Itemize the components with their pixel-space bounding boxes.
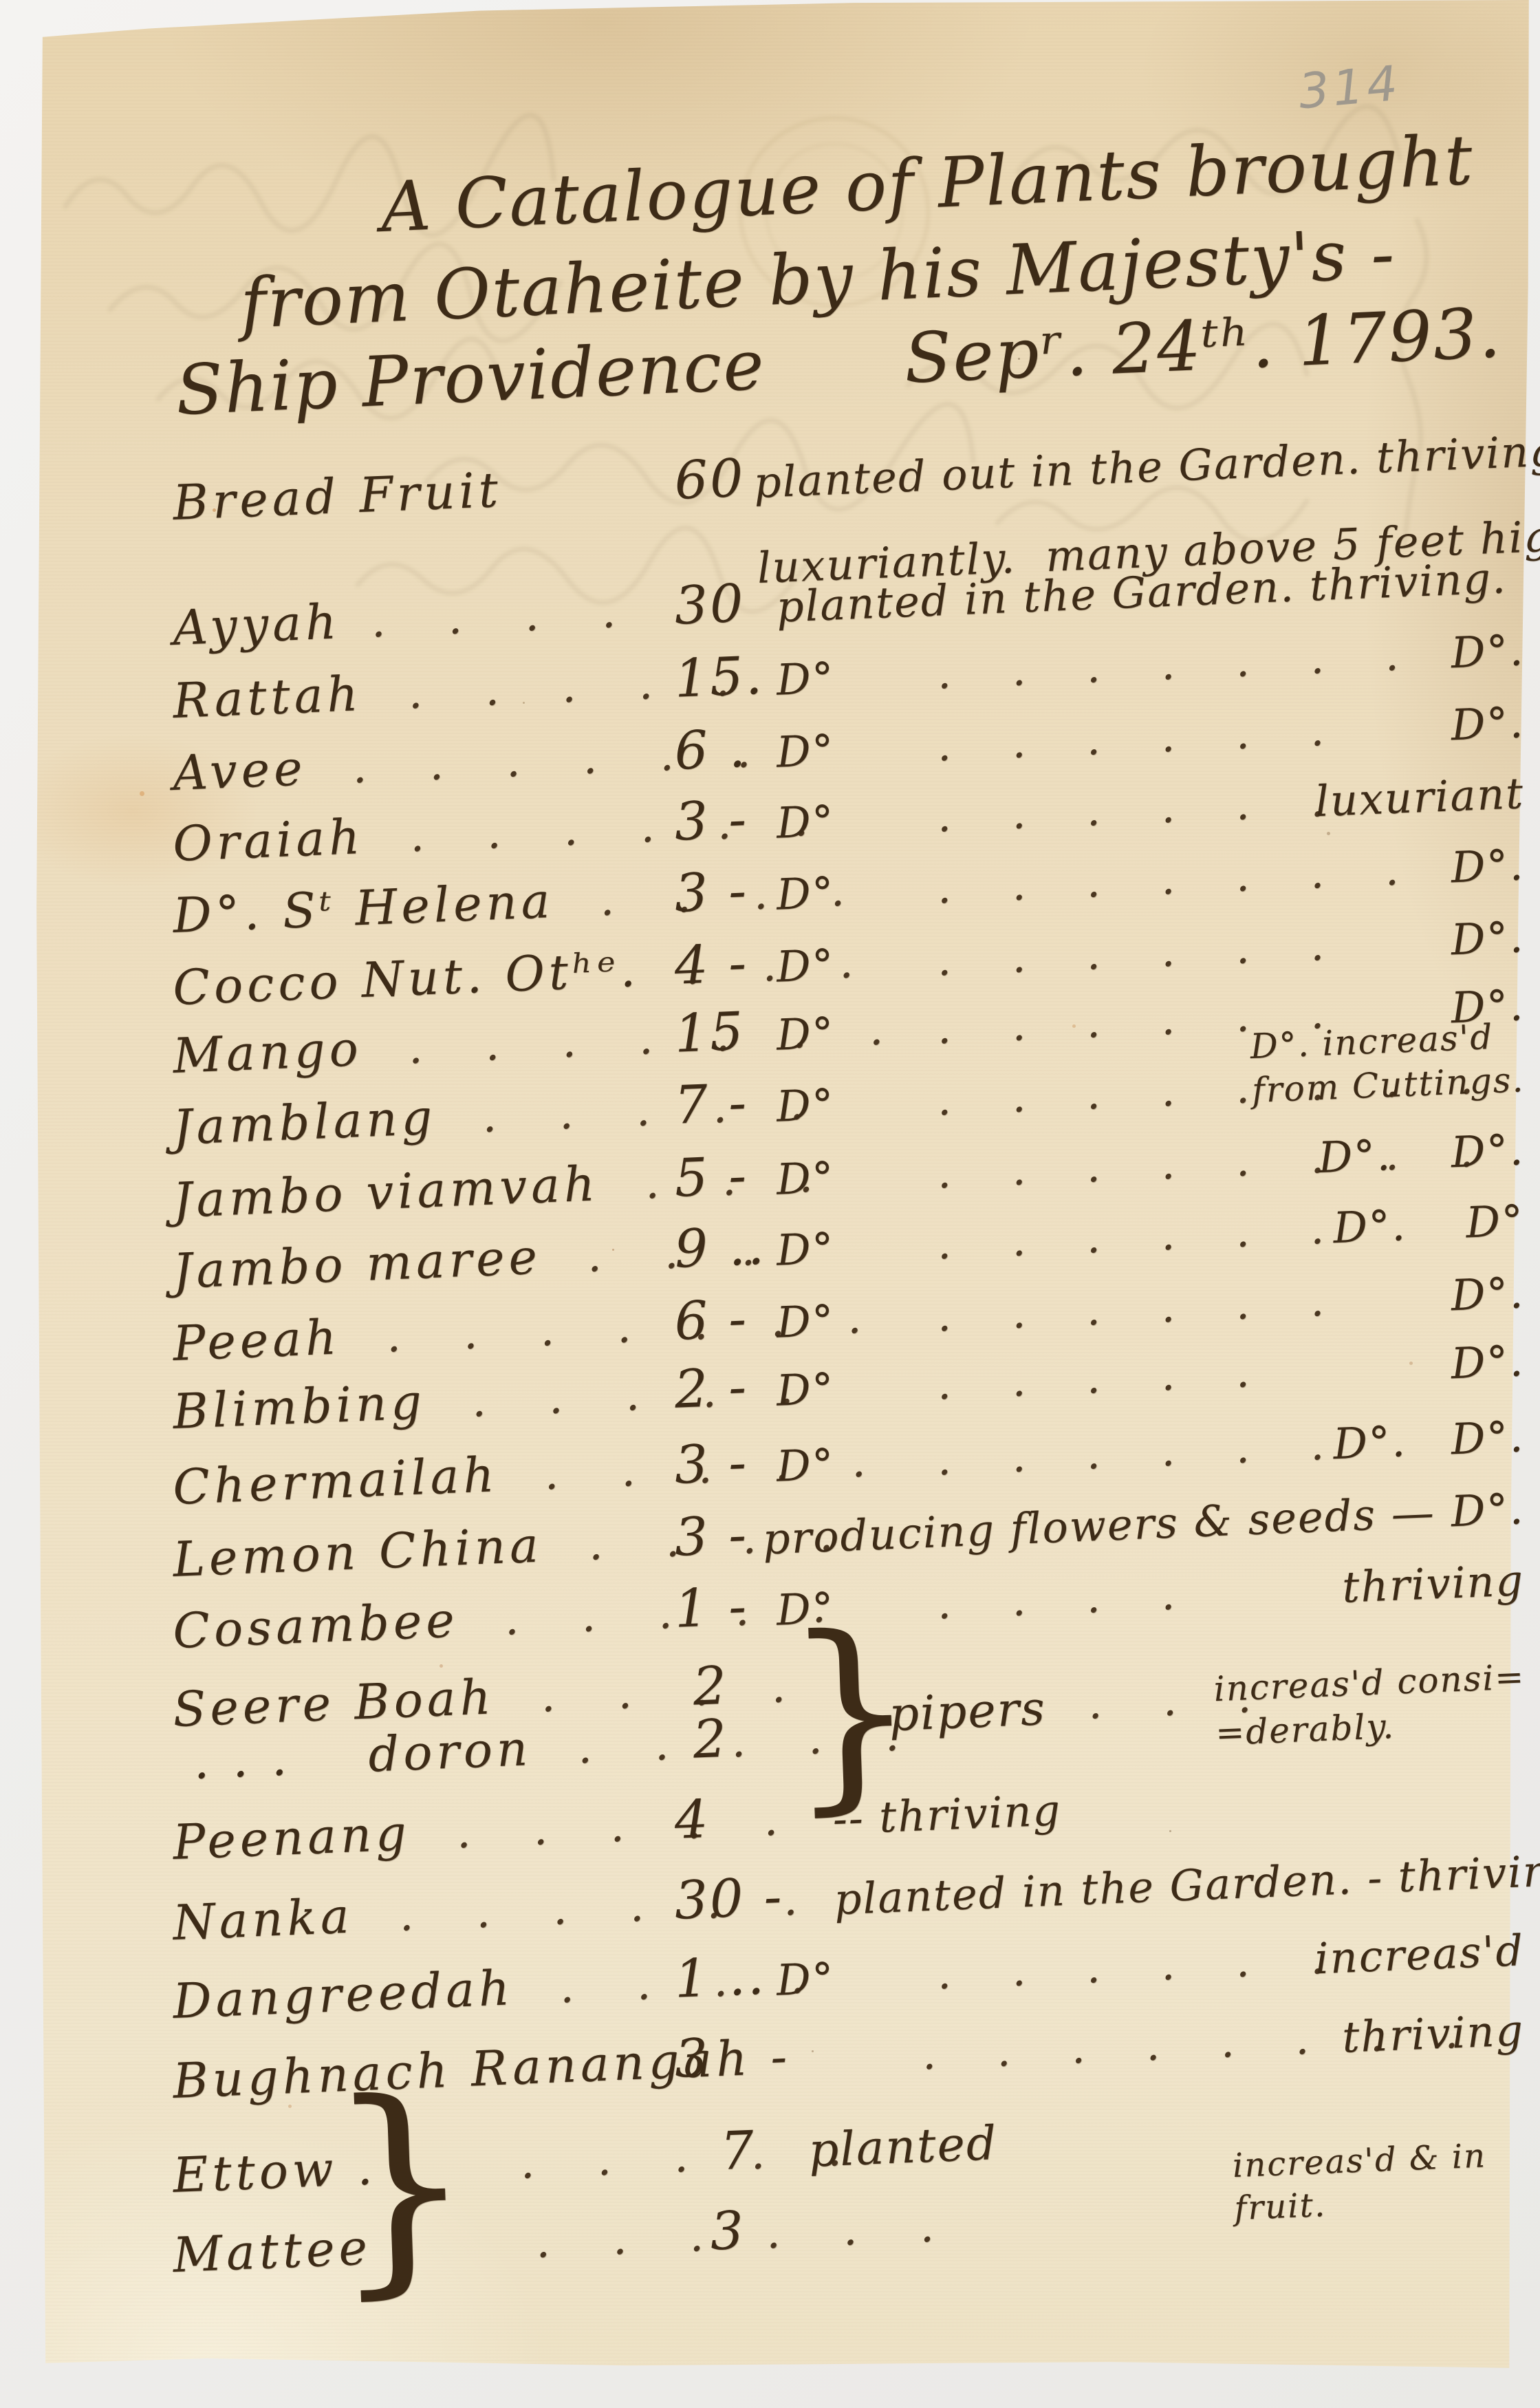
quantity: 3 bbox=[709, 2200, 747, 2262]
ettow-mattee-brace: } bbox=[326, 2094, 477, 2277]
quantity: 60 bbox=[673, 447, 746, 511]
manuscript-photo: { "document": { "folio_number": "314", "… bbox=[0, 0, 1540, 2408]
quantity: 3 bbox=[673, 2027, 711, 2089]
pipers-brace: } bbox=[783, 1630, 920, 1796]
pencil-folio-number: 314 bbox=[1297, 55, 1403, 120]
paper-specks bbox=[0, 0, 2, 2]
right-note: thriving bbox=[1341, 2005, 1526, 2063]
